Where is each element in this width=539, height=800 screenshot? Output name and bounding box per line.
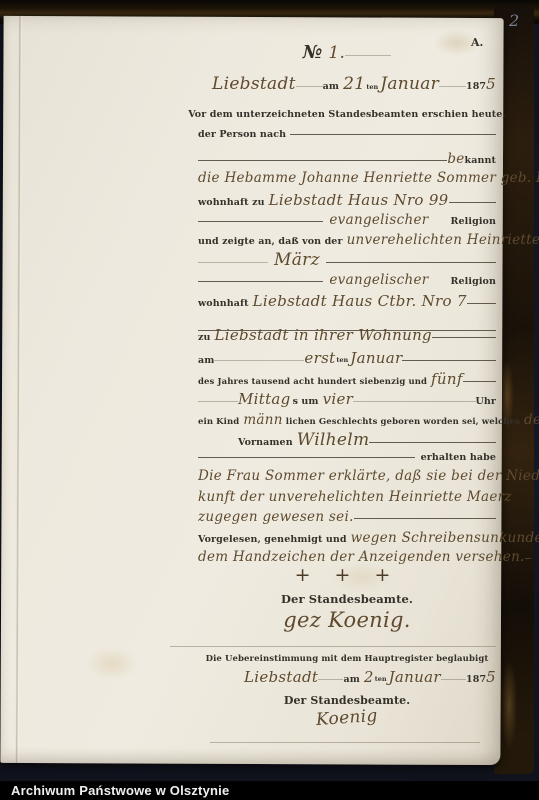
certification-signature-handwritten: Koenig — [316, 706, 379, 730]
birthyear-printed-text: des Jahres tausend acht hundert siebenzi… — [198, 377, 427, 387]
blank-line — [198, 281, 323, 282]
record-number-symbol: № — [303, 42, 323, 63]
certification-signature-row: Koenig — [198, 708, 496, 728]
vorgelesen-printed-text: Vorgelesen, genehmigt und — [198, 534, 347, 545]
person-nach-row: der Person nach — [198, 129, 496, 140]
blank-line — [402, 360, 496, 361]
zu-label: zu — [198, 332, 211, 343]
mother-religion-row: evangelischer Religion — [198, 272, 496, 288]
erhalten-habe-label: erhalten habe — [421, 452, 496, 463]
blank-line — [463, 381, 496, 382]
bekannt-label: kannt — [465, 155, 496, 166]
firstname-handwritten: Wilhelm — [297, 430, 370, 450]
daytime-handwritten: Mittag — [238, 390, 291, 408]
birthyear-row: des Jahres tausend acht hundert siebenzi… — [198, 370, 496, 388]
certification-printed-text: Die Uebereinstimmung mit dem Hauptregist… — [206, 654, 489, 664]
witness-statement-text: zugegen gewesen sei. — [198, 509, 354, 525]
firstname-row: Vornamen Wilhelm — [198, 430, 496, 450]
blank-line — [345, 55, 391, 56]
mother-name-handwritten: März — [274, 250, 320, 270]
certification-month-handwritten: Januar — [389, 668, 441, 686]
blank-line — [198, 160, 447, 161]
erhalten-habe-row: erhalten habe — [198, 452, 496, 463]
wohnhaft-label: wohnhaft — [198, 298, 249, 309]
year-handwritten: 5 — [486, 75, 496, 93]
year-printed: 187 — [466, 81, 486, 92]
year-handwritten: 5 — [486, 668, 496, 686]
bekannt-row: be kannt — [198, 151, 496, 167]
registrar-label: Der Standesbeamte. — [281, 592, 413, 606]
witness-statement-text: Die Frau Sommer erklärte, daß sie bei de… — [198, 468, 539, 484]
header-day-handwritten: 21 — [343, 74, 365, 94]
registrar-signature-row: gez Koenig. — [198, 608, 496, 632]
declarant-residence-row: wohnhaft zu Liebstadt Haus Nro 99 — [198, 191, 496, 209]
birthyear-handwritten: fünf — [431, 370, 463, 388]
birthplace-handwritten: Liebstadt in ihrer Wohnung — [215, 326, 432, 344]
child-printed-b: lichen Geschlechts geboren worden sei, w… — [286, 417, 520, 427]
closing-row1: Vorgelesen, genehmigt und wegen Schreibe… — [198, 530, 496, 546]
day-suffix-label: ten — [336, 356, 348, 364]
blank-line — [326, 262, 496, 263]
birthtime-row: Mittag s um vier Uhr — [198, 390, 496, 408]
mother-religion-handwritten: evangelischer — [329, 272, 428, 288]
notice-row: und zeigte an, daß von der unverehelicht… — [198, 232, 496, 248]
notice-printed-text: und zeigte an, daß von der — [198, 236, 343, 247]
uhr-label: Uhr — [476, 396, 497, 407]
page-fold-crease — [15, 16, 22, 763]
blank-line — [467, 303, 496, 304]
folio-page-number: 2 — [509, 11, 519, 30]
child-article-handwritten: den — [524, 412, 539, 428]
certification-dateline: Liebstadt am 2 ten Januar 187 5 — [198, 668, 496, 686]
archive-caption-bar: Archiwum Państwowe w Olsztynie — [0, 781, 539, 800]
religion-label: Religion — [451, 276, 496, 287]
separator-hairline — [170, 646, 496, 647]
birth-day-handwritten: erst — [304, 349, 335, 367]
declarant-name-row: die Hebamme Johanne Henriette Sommer geb… — [198, 170, 496, 186]
mother-name-row: März — [198, 250, 496, 270]
blank-line — [449, 202, 496, 203]
witness-statement-line1: Die Frau Sommer erklärte, daß sie bei de… — [198, 468, 496, 484]
blank-line — [432, 337, 496, 338]
intro-row: Vor dem unterzeichneten Standesbeamten e… — [198, 109, 496, 120]
child-printed-a: ein Kind — [198, 417, 239, 427]
vornamen-label: Vornamen — [238, 437, 293, 448]
child-sex-handwritten: männ — [243, 412, 282, 428]
closing-handwritten-2: dem Handzeichen der Anzeigenden versehen… — [198, 549, 525, 565]
declarant-name-handwritten: die Hebamme Johanne Henriette Sommer geb… — [198, 170, 539, 186]
um-label: s um — [293, 396, 319, 407]
page-stain — [86, 646, 138, 680]
declarant-residence-handwritten: Liebstadt Haus Nro 99 — [269, 191, 449, 209]
mother-residence-handwritten: Liebstadt Haus Ctbr. Nro 7 — [253, 292, 467, 310]
witness-statement-line3: zugegen gewesen sei. — [198, 509, 496, 525]
blank-line — [290, 134, 496, 135]
header-dateline: Liebstadt am 21 ten Januar 187 5 — [198, 74, 496, 94]
certification-registrar-label-row: Der Standesbeamte. — [198, 694, 496, 707]
certification-row: Die Uebereinstimmung mit dem Hauptregist… — [198, 654, 496, 664]
header-place-handwritten: Liebstadt — [212, 74, 296, 94]
archive-scan-viewer: 2 A. № 1. Liebstadt am 21 ten Januar 187… — [0, 0, 539, 800]
mother-residence-row: wohnhaft Liebstadt Haus Ctbr. Nro 7 — [198, 292, 496, 310]
blank-line — [369, 442, 496, 443]
registrar-signature-handwritten: gez Koenig. — [283, 608, 410, 632]
header-month-handwritten: Januar — [380, 74, 439, 94]
blank-line — [198, 457, 415, 458]
declarant-religion-handwritten: evangelischer — [329, 212, 428, 228]
certification-day-handwritten: 2 — [364, 668, 374, 686]
birthdate-row: am erst ten Januar — [198, 349, 496, 367]
hour-handwritten: vier — [323, 390, 354, 408]
wohnhaft-zu-label: wohnhaft zu — [198, 197, 265, 208]
record-number-value: 1. — [328, 43, 345, 63]
archive-caption-text: Archiwum Państwowe w Olsztynie — [11, 783, 229, 798]
am-label: am — [343, 674, 359, 685]
intro-printed-text: Vor dem unterzeichneten Standesbeamten e… — [188, 109, 506, 120]
closing-handwritten-1: wegen Schreibensunkunde mit — [351, 530, 539, 546]
closing-row2: dem Handzeichen der Anzeigenden versehen… — [198, 549, 496, 565]
am-label: am — [323, 81, 339, 92]
am-label: am — [198, 355, 214, 366]
religion-label: Religion — [451, 216, 496, 227]
witness-statement-line2: kunft der unverehelichten Heinriette Mae… — [198, 489, 496, 505]
registrar-label-row: Der Standesbeamte. — [198, 592, 496, 606]
birth-month-handwritten: Januar — [350, 349, 402, 367]
birthplace-row: zu Liebstadt in ihrer Wohnung — [198, 326, 496, 344]
record-number-row: № 1. — [198, 42, 496, 63]
separator-hairline — [210, 742, 480, 743]
handmarks-row: + + + — [198, 564, 496, 586]
mother-attr-handwritten: unverehelichten Heinriette — [347, 232, 539, 248]
blank-line — [354, 518, 496, 519]
declarant-religion-row: evangelischer Religion — [198, 212, 496, 228]
certification-place-handwritten: Liebstadt — [244, 668, 318, 686]
binding-wear-mark — [501, 660, 517, 750]
day-suffix-label: ten — [366, 83, 378, 91]
registrar-label: Der Standesbeamte. — [284, 694, 410, 707]
person-nach-label: der Person nach — [198, 129, 286, 140]
blank-line — [198, 221, 323, 222]
child-sex-row: ein Kind männ lichen Geschlechts geboren… — [198, 412, 496, 428]
year-printed: 187 — [466, 674, 486, 685]
witness-statement-text: kunft der unverehelichten Heinriette Mae… — [198, 489, 512, 505]
day-suffix-label: ten — [375, 675, 387, 683]
bekannt-handwritten-ligature: be — [447, 151, 464, 167]
handmark-crosses: + + + — [295, 564, 400, 586]
